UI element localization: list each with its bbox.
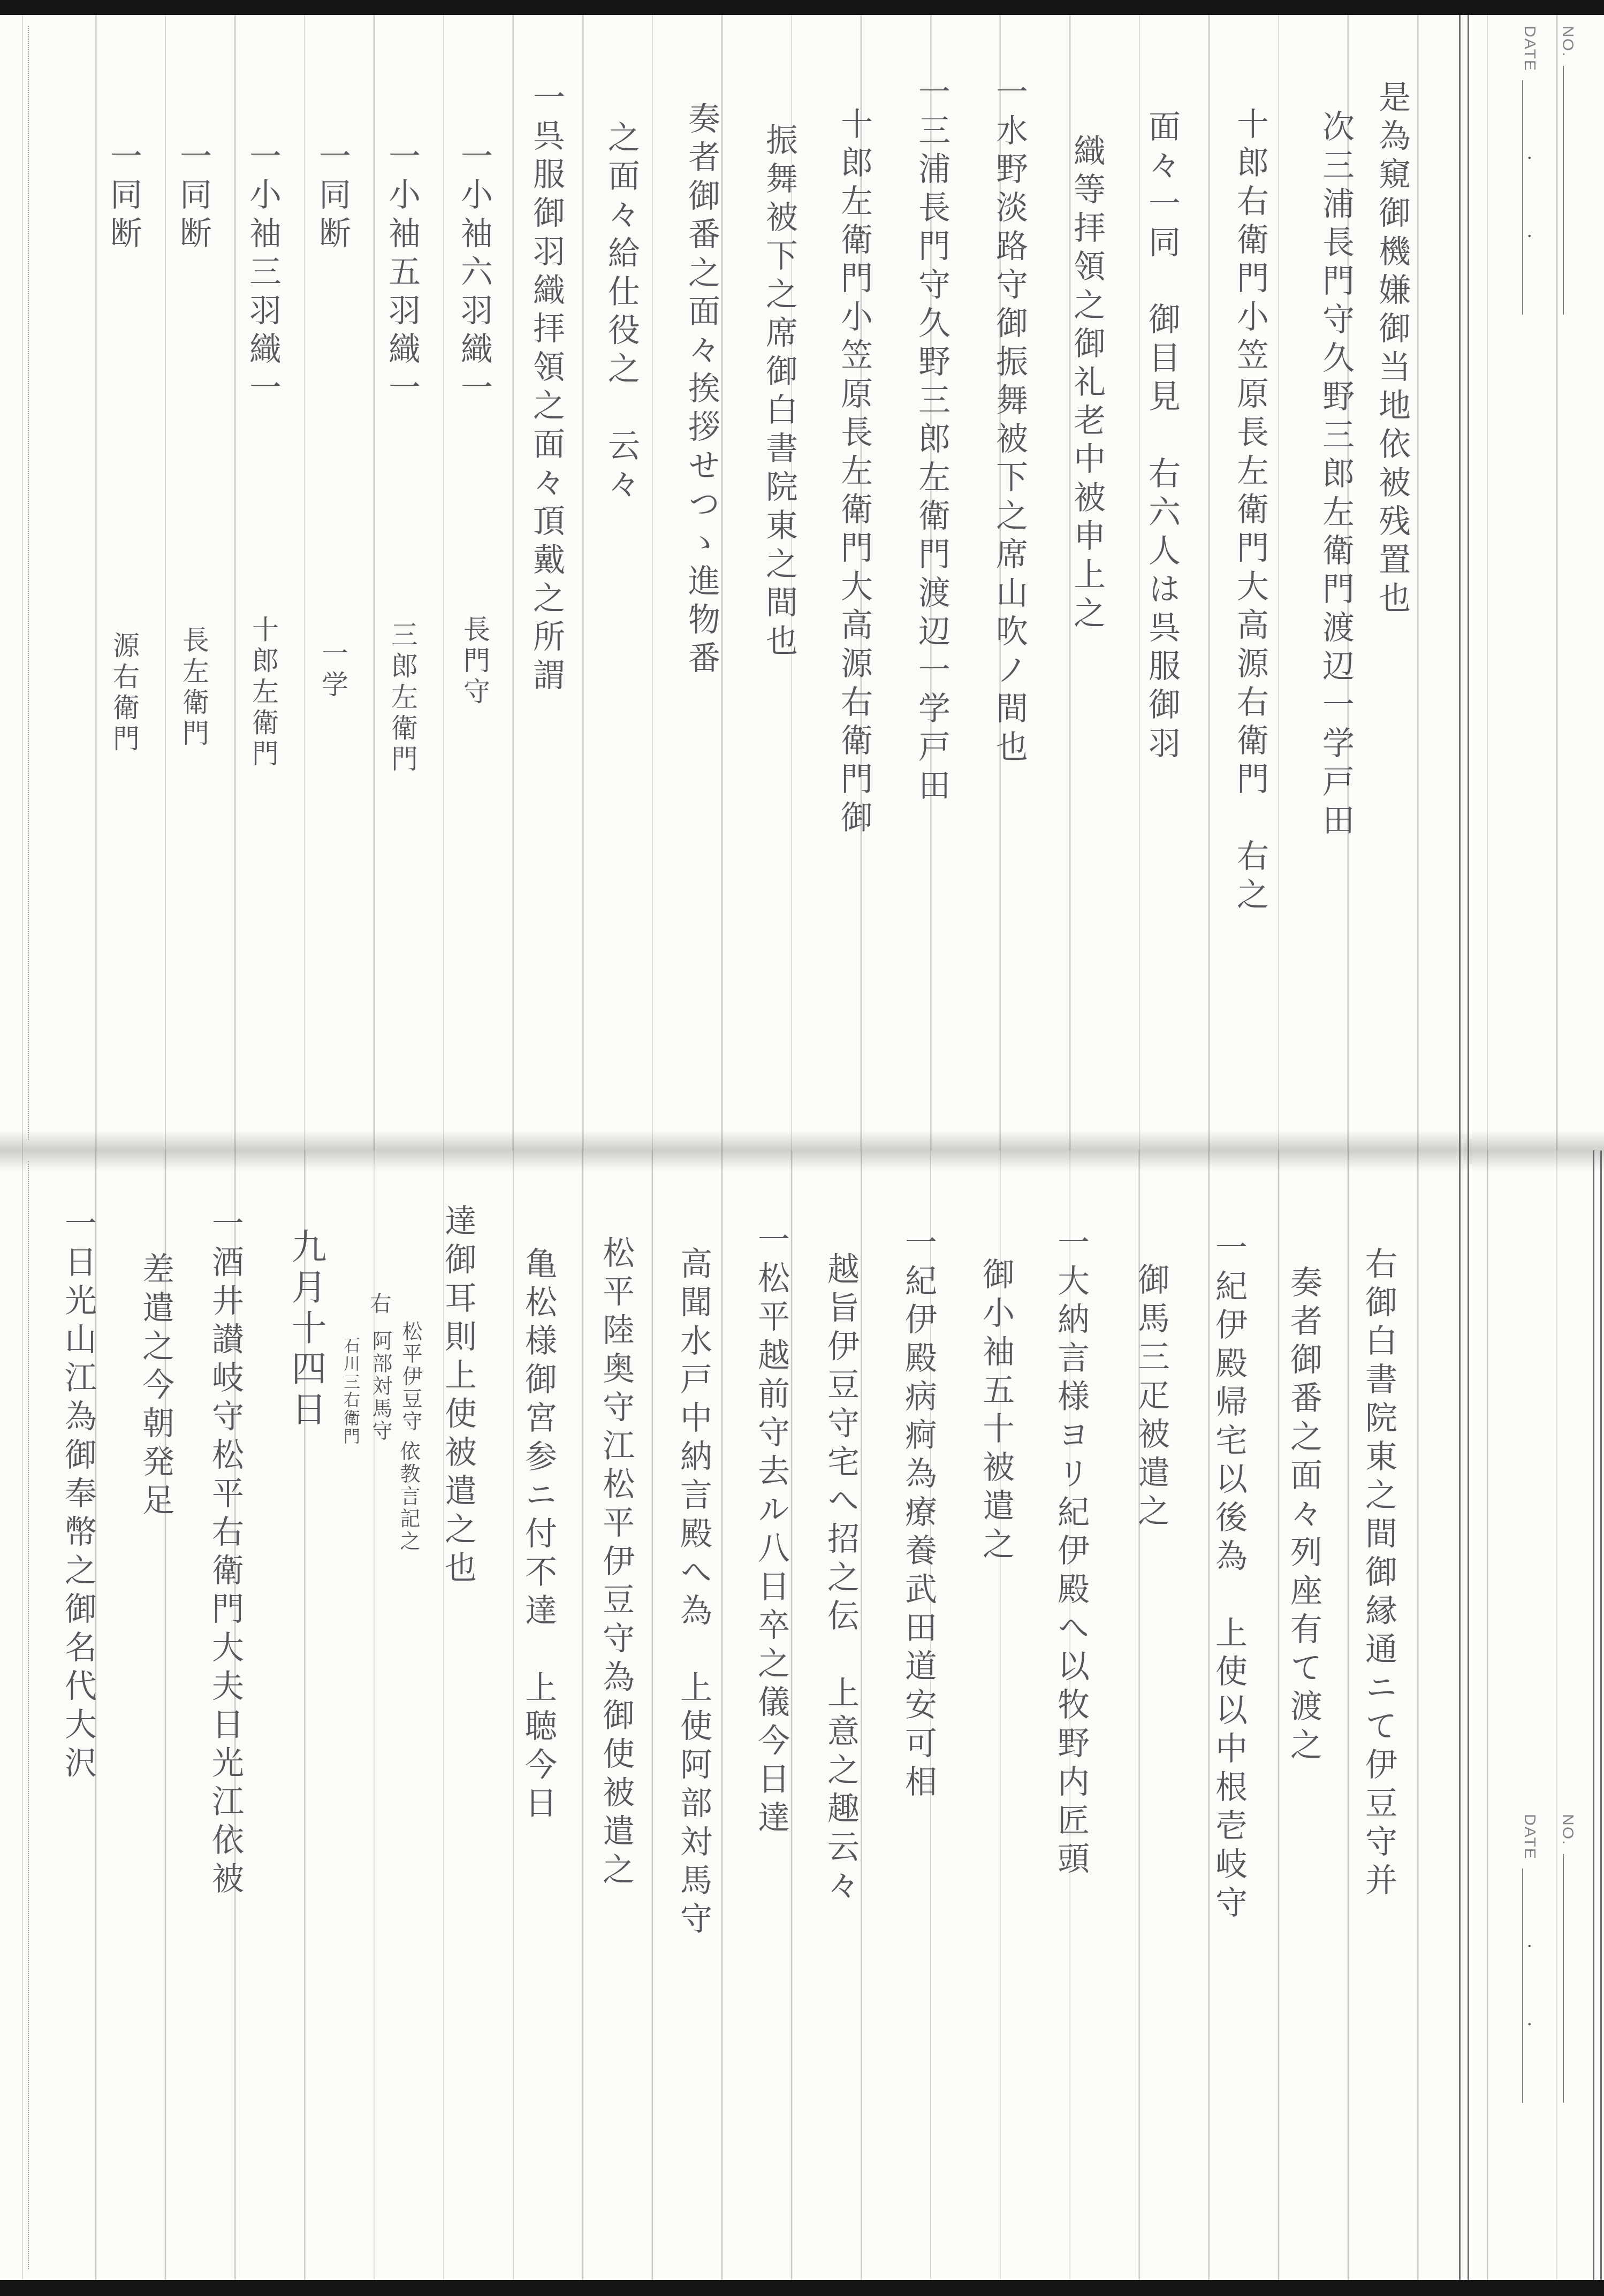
manuscript-column: 一小袖六羽織一 [458,139,490,409]
manuscript-column: 一同断 [177,139,209,255]
manuscript-column: 御馬三疋被遣之 [1135,1263,1167,1532]
manuscript-column: 振舞被下之席御白書院東之間也 [763,123,795,662]
manuscript-column: 織等拝領之御礼老中被申上之 [1071,134,1103,635]
manuscript-column: 一紀伊殿帰宅以後為 上使以中根壱岐守 [1213,1231,1245,1924]
manuscript-column: 十郎右衛門小笠原長左衛門大高源右衛門 右之 [1234,107,1266,916]
manuscript-column: 一紀伊殿病痾為療養武田道安可相 [902,1225,934,1803]
manuscript-column: 越旨伊豆守宅へ招之伝 上意之趣云々 [825,1252,857,1907]
manuscript-column: 是為窺御機嫌御当地依被残置也 [1376,80,1408,620]
manuscript-column: 一同断 [108,139,140,255]
manuscript-column: 亀松様御宮参ニ付不達 上聴今日 [522,1247,554,1825]
manuscript-column: 面々一同 御目見 右六人は呉服御羽 [1146,110,1178,765]
manuscript-column: 一呉服御羽織拝領之面々頂戴之所謂 [530,80,562,697]
date-line: 九月十四日 [288,1228,323,1431]
signature-name: 松平伊豆守 [400,1321,421,1433]
manuscript-column: 一三浦長門守久野三郎左衛門渡辺一学戸田 [916,75,948,807]
manuscript-column: 松平陸奥守江松平伊豆守為御使被遣之 [600,1236,632,1891]
scanned-manuscript: { "page1": { "header": { "no_label": "NO… [0,0,1604,2296]
recipient-name: 三郎左衛門 [389,621,416,776]
manuscript-column: 一松平越前守去ル八日卒之儀今日達 [755,1223,787,1839]
recipient-name: 長左衛門 [180,626,207,750]
manuscript-column: 一同断 [316,139,348,255]
manuscript-column: 奏者御番之面々列座有て渡之 [1288,1265,1320,1766]
signature-label: 右 [368,1292,390,1315]
manuscript-column: 一小袖五羽織一 [386,139,418,409]
manuscript-column: 御小袖五十被遣之 [980,1257,1012,1566]
manuscript-column: 差遣之今朝発足 [140,1252,172,1522]
recipient-name: 一学 [320,639,346,701]
manuscript-column: 右御白書院東之間御縁通ニて伊豆守并 [1363,1247,1395,1902]
manuscript-column: 十郎左衛門小笠原長左衛門大高源右衛門御 [838,107,870,839]
scribe-note: 依教言記之 [398,1440,419,1553]
handwriting-layer: 九月十四日 右 松平伊豆守 阿部対馬守 石川三右衛門 依教言記之 是為窺御機嫌御… [0,0,1604,2296]
manuscript-column: 一酒井讃岐守松平右衛門大夫日光江依被 [209,1207,241,1900]
manuscript-column: 達御耳則上使被遣之也 [442,1204,474,1589]
manuscript-column: 次三浦長門守久野三郎左衛門渡辺一学戸田 [1320,110,1352,842]
recipient-name: 十郎左衛門 [250,615,277,771]
signature-name: 石川三右衛門 [341,1337,358,1446]
recipient-name: 源右衛門 [111,631,138,756]
signature-name: 阿部対馬守 [370,1330,391,1443]
manuscript-column: 之面々給仕役之 云々 [605,120,637,506]
recipient-name: 長門守 [461,615,488,708]
manuscript-column: 一大納言様ヨリ紀伊殿へ以牧野内匠頭 [1055,1225,1087,1880]
manuscript-column: 一日光山江為御奉幣之御名代大沢 [62,1207,94,1784]
manuscript-column: 一水野淡路守御振舞被下之席山吹ノ間也 [993,75,1025,768]
manuscript-column: 奏者御番之面々挨拶せつゝ進物番 [686,102,718,680]
manuscript-column: 一小袖三羽織一 [247,139,279,409]
manuscript-column: 高聞水戸中納言殿へ為 上使阿部対馬守 [678,1247,710,1940]
